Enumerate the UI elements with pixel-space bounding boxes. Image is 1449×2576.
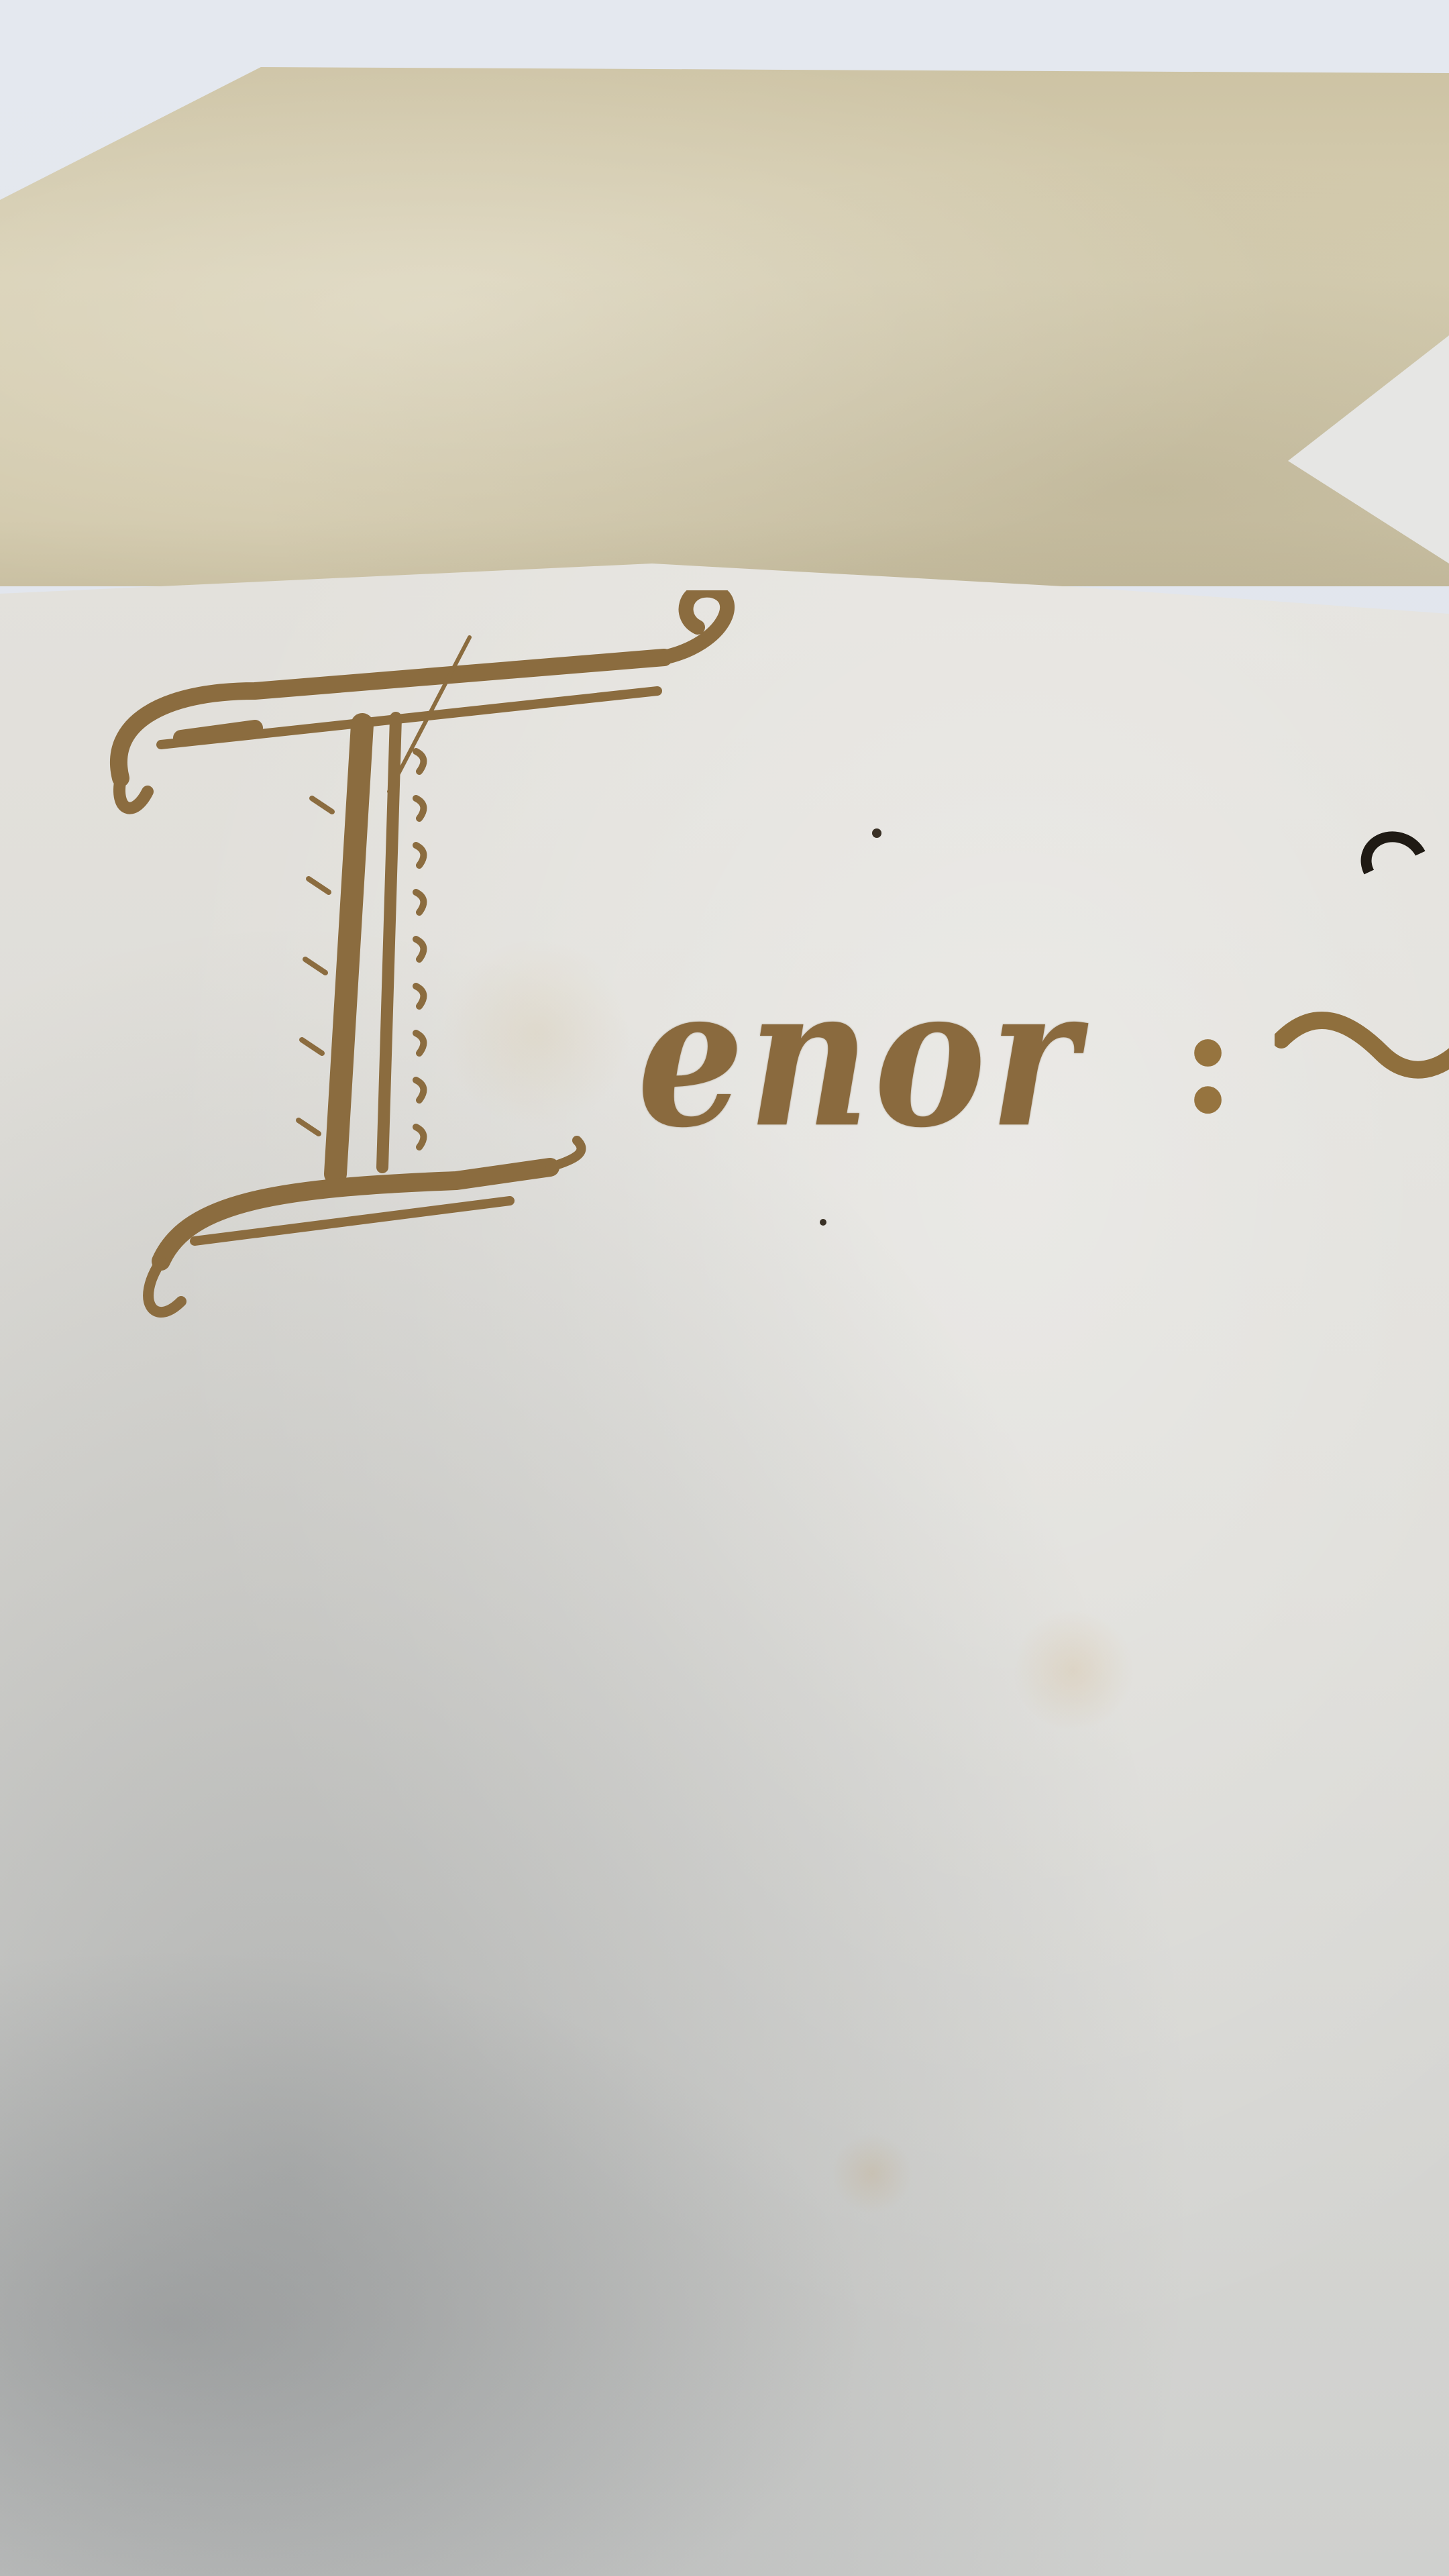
heading-text: enor <box>637 960 1082 1153</box>
ink-speck <box>820 1219 826 1226</box>
heading-colon: : <box>1181 986 1235 1134</box>
page-shadow <box>0 1945 872 2576</box>
ink-speck <box>872 828 881 838</box>
tilde-flourish-icon <box>1275 1000 1449 1093</box>
voice-part-heading: enor : <box>80 590 1422 1362</box>
